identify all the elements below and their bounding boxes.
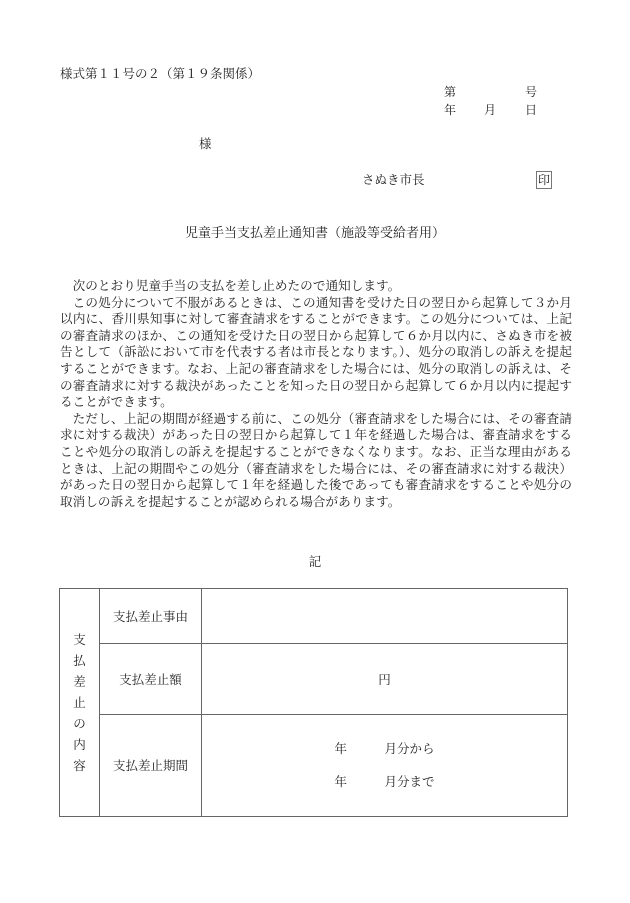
suspension-details-table: 支 払 差 止 の 内 容 支払差止事由 支払差止額 円 支払差止期間 年月分か… — [59, 588, 568, 817]
amount-value: 円 — [202, 643, 568, 714]
paragraph: 次のとおり児童手当の支払を差し止めたので通知します。 — [60, 278, 572, 295]
date-month: 月 — [484, 104, 496, 116]
reason-label: 支払差止事由 — [100, 589, 202, 644]
number-suffix: 号 — [525, 86, 537, 98]
addressee-suffix: 様 — [199, 138, 212, 151]
paragraph: ただし、上記の期間が経過する前に、この処分（審査請求をした場合には、その審査請求… — [60, 411, 572, 511]
group-label: 支 払 差 止 の 内 容 — [60, 589, 100, 817]
notice-body: 次のとおり児童手当の支払を差し止めたので通知します。 この処分について不服がある… — [60, 278, 572, 510]
amount-label: 支払差止額 — [100, 643, 202, 714]
issuer-name: さぬき市長 — [362, 174, 425, 187]
date-year: 年 — [444, 104, 456, 116]
period-label: 支払差止期間 — [100, 714, 202, 816]
paragraph: この処分について不服があるときは、この通知書を受けた日の翌日から起算して３か月以… — [60, 295, 572, 411]
date-day: 日 — [525, 104, 537, 116]
ki-heading: 記 — [0, 556, 630, 569]
period-value: 年月分から 年月分まで — [202, 714, 568, 816]
period-from: 年月分から — [202, 732, 567, 765]
table-row: 支払差止期間 年月分から 年月分まで — [60, 714, 568, 816]
seal-stamp: 印 — [536, 171, 552, 189]
number-prefix: 第 — [444, 86, 456, 98]
table-row: 支 払 差 止 の 内 容 支払差止事由 — [60, 589, 568, 644]
document-title: 児童手当支払差止通知書（施設等受給者用） — [0, 227, 630, 240]
period-to: 年月分まで — [202, 765, 567, 798]
reason-value — [202, 589, 568, 644]
table-row: 支払差止額 円 — [60, 643, 568, 714]
form-number: 様式第１１号の２（第１９条関係） — [60, 68, 260, 81]
